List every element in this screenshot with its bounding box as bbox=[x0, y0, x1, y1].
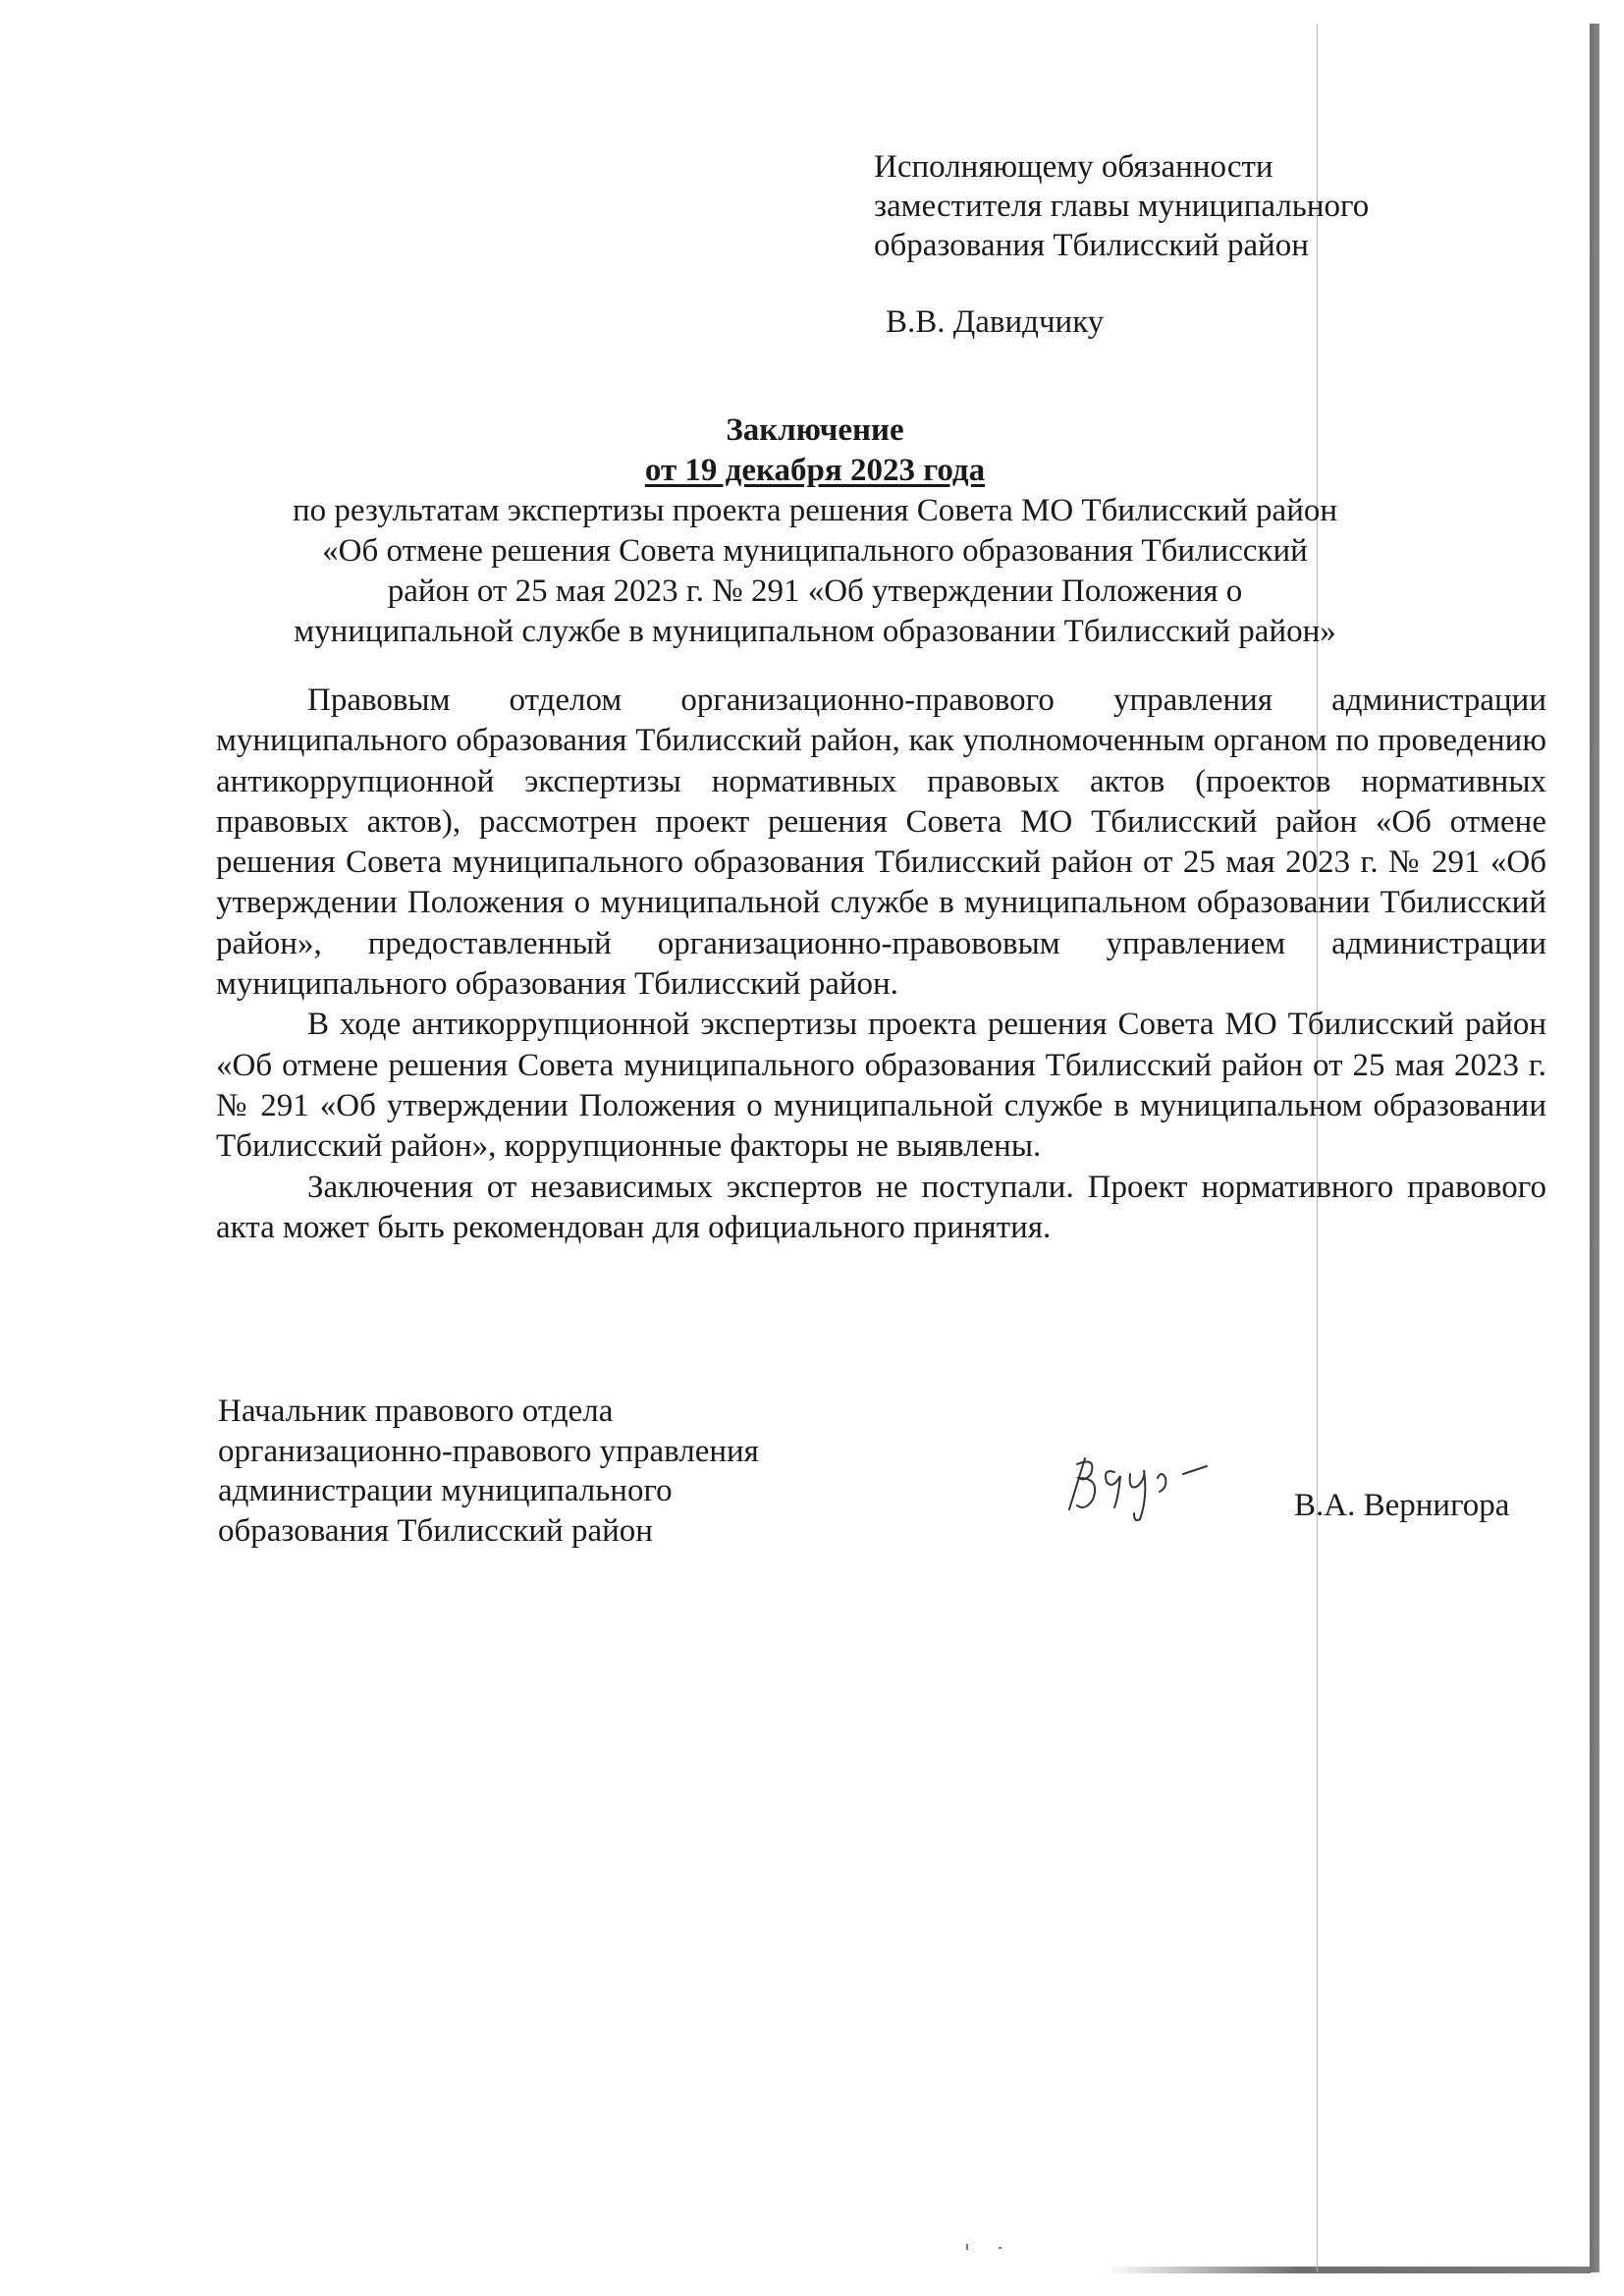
addressee-name: В.В. Давидчику bbox=[874, 302, 1369, 342]
signer-position-line: образования Тбилисский район bbox=[218, 1511, 759, 1552]
subject-line: район от 25 мая 2023 г. № 291 «Об утверж… bbox=[226, 572, 1404, 612]
signer-position-block: Начальник правового отдела организационн… bbox=[218, 1392, 759, 1551]
document-title-block: Заключение от 19 декабря 2023 года по ре… bbox=[226, 410, 1404, 652]
scan-page-edge-right bbox=[1590, 24, 1599, 2272]
document-date: от 19 декабря 2023 года bbox=[645, 453, 985, 488]
scan-page-edge-bottom bbox=[1104, 2267, 1591, 2273]
subject-line: по результатам экспертизы проекта решени… bbox=[226, 491, 1404, 531]
body-paragraph: Правовым отделом организационно-правовог… bbox=[216, 681, 1546, 1005]
scan-speck bbox=[999, 2247, 1001, 2249]
body-paragraph: В ходе антикоррупционной экспертизы прое… bbox=[216, 1005, 1546, 1167]
signer-name: В.А. Вернигора bbox=[1294, 1488, 1509, 1524]
subject-line: «Об отмене решения Совета муниципального… bbox=[226, 531, 1404, 572]
addressee-block: Исполняющему обязанности заместителя гла… bbox=[874, 147, 1369, 342]
signer-position-line: Начальник правового отдела bbox=[218, 1392, 759, 1432]
handwritten-signature-icon bbox=[1056, 1449, 1242, 1527]
addressee-line: образования Тбилисский район bbox=[874, 226, 1369, 265]
signer-position-line: администрации муниципального bbox=[218, 1471, 759, 1511]
body-paragraph: Заключения от независимых экспертов не п… bbox=[216, 1168, 1546, 1249]
signer-position-line: организационно-правового управления bbox=[218, 1432, 759, 1472]
scan-speck bbox=[966, 2244, 968, 2250]
addressee-line: заместителя главы муниципального bbox=[874, 187, 1369, 226]
addressee-line: Исполняющему обязанности bbox=[874, 147, 1369, 187]
subject-line: муниципальной службе в муниципальном обр… bbox=[226, 612, 1404, 652]
document-body: Правовым отделом организационно-правовог… bbox=[216, 681, 1546, 1248]
document-heading: Заключение bbox=[226, 410, 1404, 451]
